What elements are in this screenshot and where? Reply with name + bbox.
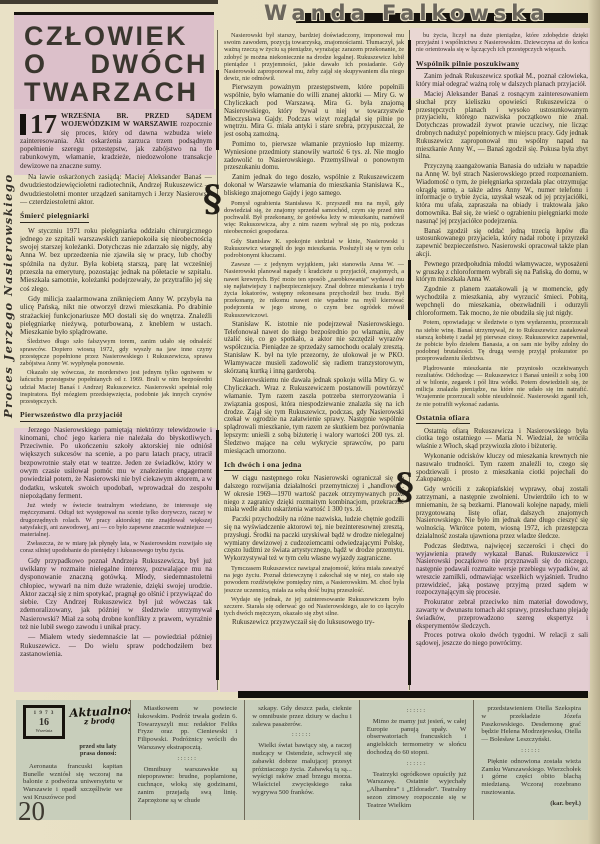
strip-header: 1 9 7 3 16 Września Aktualności z brodą <box>23 705 123 739</box>
scan-edge-top <box>0 0 218 4</box>
stamp-day: 16 <box>26 718 62 727</box>
column-rule-right <box>409 30 410 690</box>
paragraph: :::::: <box>367 707 467 715</box>
paragraph: Wydaje się jednak, że jej zainteresowani… <box>224 596 404 618</box>
paragraph: Paczki przychodziły na różne nazwiska, l… <box>224 516 404 563</box>
paragraph: :::::: <box>252 731 352 739</box>
paragraph: bu życia, liczył na duże pieniądze, któr… <box>416 32 588 54</box>
stamp-month: Września <box>26 727 62 735</box>
paragraph: Potem, opowiadając w śledztwie o tym wyd… <box>416 319 588 362</box>
headline: CZŁOWIEKO DWÓCHTWARZACH <box>24 22 208 106</box>
paragraph: :::::: <box>481 747 581 755</box>
paragraph: Zanim jednak Rukuszewicz spotkał M., poz… <box>416 73 588 89</box>
column-1: 17WRZEŚNIA BR. PRZED SĄDEM WOJEWÓDZKIM W… <box>20 112 212 690</box>
square-mark <box>20 114 26 135</box>
paragraph: Nasierowskiemu nie dawała jednak spokoju… <box>224 377 404 455</box>
paragraph: Wielki świat bawiący się, a raczej nudzą… <box>252 742 352 797</box>
paragraph: Zwłaszcza, że w miarę jak płynęły lata, … <box>20 540 212 554</box>
paragraph: Omnibusy warszawskie są niepoprawne: bru… <box>138 766 238 805</box>
paragraph: Okazało się wówczas, że morderstwo jest … <box>20 369 212 405</box>
paragraph: Rukuszewicz przyzwyczaił się do luksusow… <box>224 619 404 627</box>
paragraph: Pomimo to, pierwsze włamanie przyniosło … <box>224 141 404 172</box>
strip-column-5: przedstawieniem Otella Szekspira w przek… <box>473 700 588 820</box>
paragraph: przedstawieniem Otella Szekspira w przek… <box>481 705 581 744</box>
strip-intro: przed stu laty prasa donosi: <box>23 743 117 758</box>
strip-column-2: Miastkowem w powiecie łukowskim. Podróż … <box>130 700 245 820</box>
paragraph: Miastkowem w powiecie łukowskim. Podróż … <box>138 705 238 752</box>
paragraph: Jerzego Nasierowskiego pamiętają niektór… <box>20 426 212 501</box>
paragraph: Już wtedy w świecie teatralnym wiedziano… <box>20 502 212 538</box>
rule-segment <box>216 430 219 490</box>
author-name: Wanda Falkowska <box>264 1 549 25</box>
paragraph: Proces potrwa około dwóch tygodni. W rel… <box>416 632 588 648</box>
date-stamp: 1 9 7 3 16 Września <box>23 705 65 739</box>
page-number: 20 <box>18 796 45 827</box>
paragraph: Gdy wrócili z zakopiańskiej wyprawy, oba… <box>416 486 588 541</box>
paragraph: Śledztwo długo szło fałszywym torem, zan… <box>20 338 212 367</box>
paragraph: Teatrzyki ogródkowe opuściły już Warszaw… <box>367 771 467 810</box>
section-symbol: § <box>203 178 222 220</box>
section-symbol: § <box>395 466 414 508</box>
sidebar-vertical-label: Proces Jerzego Nasierowskiego <box>1 128 19 418</box>
paragraph: :::::: <box>138 755 238 763</box>
hl-line: CZŁOWIEK <box>24 22 208 50</box>
rule-segment <box>408 40 411 110</box>
paragraph: Wykonanie odcisków kluczy od mieszkania … <box>416 453 588 484</box>
paragraph: Pierwszym poważnym przestępstwem, które … <box>224 84 404 139</box>
paragraph: Pewnego przedpołudnia młodzi włamywacze,… <box>416 261 588 284</box>
paragraph: Podczas śledztwa, najwięcej szczerości i… <box>416 543 588 598</box>
newspaper-page: Wanda Falkowska Proces Jerzego Nasierows… <box>0 0 600 844</box>
paragraph: Przyczyną zaangażowania Banasia do udzia… <box>416 163 588 225</box>
column-2: Nasierowski był starszy, bardziej doświa… <box>224 30 404 690</box>
paragraph: szkapy. Gdy deszcz pada, cieknie w omnib… <box>252 705 352 728</box>
rule-segment <box>408 620 411 685</box>
paragraph: — Miałem wtedy siedemnaście lat — powied… <box>20 633 212 658</box>
rule-segment <box>408 260 411 320</box>
rule-segment <box>216 70 219 150</box>
paragraph: Zgodnie z planem zaatakowali ją w momenc… <box>416 286 588 317</box>
paragraph: Pięknie odnowiona została wieża Zamku Wa… <box>481 758 581 797</box>
paragraph: Na ławie oskarżonych zasiądą: Maciej Ale… <box>20 173 212 206</box>
rule-segment <box>216 610 219 680</box>
strip-column-3: szkapy. Gdy deszcz pada, cieknie w omnib… <box>244 700 359 820</box>
scan-edge-right <box>588 0 600 844</box>
subheading: Ich dwóch i ona jedna <box>224 461 302 471</box>
paragraph: Gdy milicja zaalarmowana zniknięciem Ann… <box>20 295 212 336</box>
subheading: Wspólnik pilnie poszukiwany <box>416 60 519 70</box>
paragraph: Plądrowanie mieszkania nie przyniosło oc… <box>416 365 588 408</box>
paragraph: Tymczasem Rukuszewicz nawiązał znajomość… <box>224 565 404 594</box>
old-news-strip: 1 9 7 3 16 Września Aktualności z brodą … <box>16 700 588 820</box>
column-3: bu życia, liczył na duże pieniądze, któr… <box>416 30 588 690</box>
hl-line: O DWÓCH <box>24 50 208 78</box>
paragraph: Nasierowski był starszy, bardziej doświa… <box>224 32 404 82</box>
subheading: Pierwszeństwo dla przyjaciół <box>20 411 122 421</box>
paragraph: Ostatnią ofiarą Rukuszewicza i Nasierows… <box>416 428 588 451</box>
dropcap: 17 <box>30 112 57 136</box>
paragraph: Maciej Aleksander Banaś z rosnącym zaint… <box>416 91 588 161</box>
paragraph: Gdy Stanisław K. spokojnie siedział w ki… <box>224 238 404 260</box>
paragraph: Mimo że mamy już jesień, w całej Europie… <box>367 718 467 757</box>
paragraph: Prokurator zebrał przeciwko nim materiał… <box>416 599 588 630</box>
paragraph: Gdy przypadkowo poznał Andrzeja Rukuszew… <box>20 557 212 632</box>
hl-line: TWARZACH <box>24 78 208 106</box>
paragraph: 17WRZEŚNIA BR. PRZED SĄDEM WOJEWÓDZKIM W… <box>20 112 212 170</box>
strip-column-4: ::::::Mimo że mamy już jesień, w całej E… <box>359 700 474 820</box>
paragraph: (kar. beył.) <box>481 800 581 808</box>
paragraph: W styczniu 1971 roku pielęgniarka oddzia… <box>20 227 212 293</box>
paragraph: Zawsze — z jedynym wyjątkiem, jaki stano… <box>224 261 404 319</box>
aktualnosci-logo: Aktualności z brodą <box>69 703 129 741</box>
paragraph: W ciągu następnego roku Nasierowski ogra… <box>224 475 404 514</box>
paragraph: Stanisław K. istotnie nie podejrzewał Na… <box>224 321 404 376</box>
paragraph: Banaś zgodził się oddać jedną trzecią łu… <box>416 228 588 259</box>
paragraph: Zanim jednak do tego doszło, wspólnie z … <box>224 174 404 197</box>
strip-divider-bar <box>238 691 588 698</box>
subheading: Ostatnia ofiara <box>416 414 470 424</box>
paragraph: :::::: <box>367 760 467 768</box>
subheading: Śmierć pielęgniarki <box>20 212 89 222</box>
paragraph: Pomysł ograbienia Stanisława K. przyszed… <box>224 200 404 236</box>
